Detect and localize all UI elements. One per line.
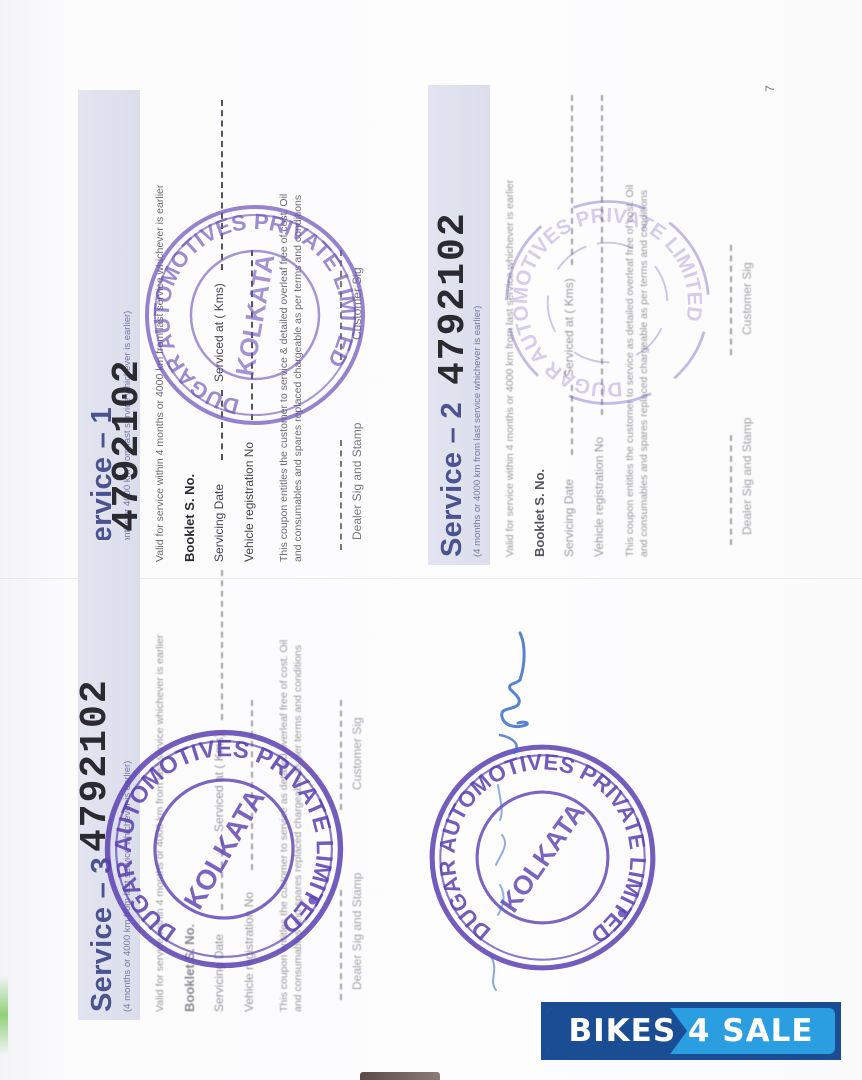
bikes4sale-watermark: BIKES 4 SALE <box>541 1002 841 1060</box>
handwritten-signature <box>470 625 560 995</box>
customer-signature-label: Customer Sig <box>740 262 754 335</box>
servicing-date-label: Servicing Date <box>562 479 576 557</box>
page-number-mark: 7 <box>763 82 777 92</box>
serviced-at-field <box>221 570 223 720</box>
coupon-title: Service – 2 <box>436 402 469 557</box>
vehicle-reg-label: Vehicle registration No <box>592 437 606 557</box>
dealer-signature-label: Dealer Sig and Stamp <box>740 418 754 535</box>
svg-text:KOLKATA: KOLKATA <box>230 251 281 378</box>
dealer-signature-field <box>340 890 342 1000</box>
coupon-subtitle: (4 months or 4000 km from last service w… <box>472 306 483 557</box>
dealer-signature-field <box>340 440 342 550</box>
booklet-serial-label: Booklet S. No. <box>532 469 547 557</box>
dealer-stamp-service-2: DUGAR AUTOMOTIVES PRIVATE LIMITED <box>483 178 732 427</box>
background-green-edge <box>0 975 8 1055</box>
background-dark-corner <box>360 1072 440 1080</box>
coupon-serial-number: 4792102 <box>432 211 475 385</box>
stamp-seal-icon: DUGAR AUTOMOTIVES PRIVATE LIMITED KOLKAT… <box>122 182 388 448</box>
signature-stroke-icon <box>470 625 560 995</box>
dealer-signature-label: Dealer Sig and Stamp <box>350 873 364 990</box>
customer-signature-field <box>730 245 732 355</box>
dealer-signature-field <box>730 435 732 545</box>
watermark-badge: BIKES 4 SALE <box>547 1008 835 1054</box>
watermark-text: BIKES 4 SALE <box>547 1013 835 1049</box>
svg-text:KOLKATA: KOLKATA <box>178 784 271 915</box>
dealer-signature-label: Dealer Sig and Stamp <box>350 423 364 540</box>
svg-text:DUGAR AUTOMOTIVES PRIVATE LIMI: DUGAR AUTOMOTIVES PRIVATE LIMITED <box>493 188 722 417</box>
stamp-seal-icon: DUGAR AUTOMOTIVES PRIVATE LIMITED <box>483 178 732 427</box>
dealer-stamp-service-1: DUGAR AUTOMOTIVES PRIVATE LIMITED KOLKAT… <box>122 182 388 448</box>
